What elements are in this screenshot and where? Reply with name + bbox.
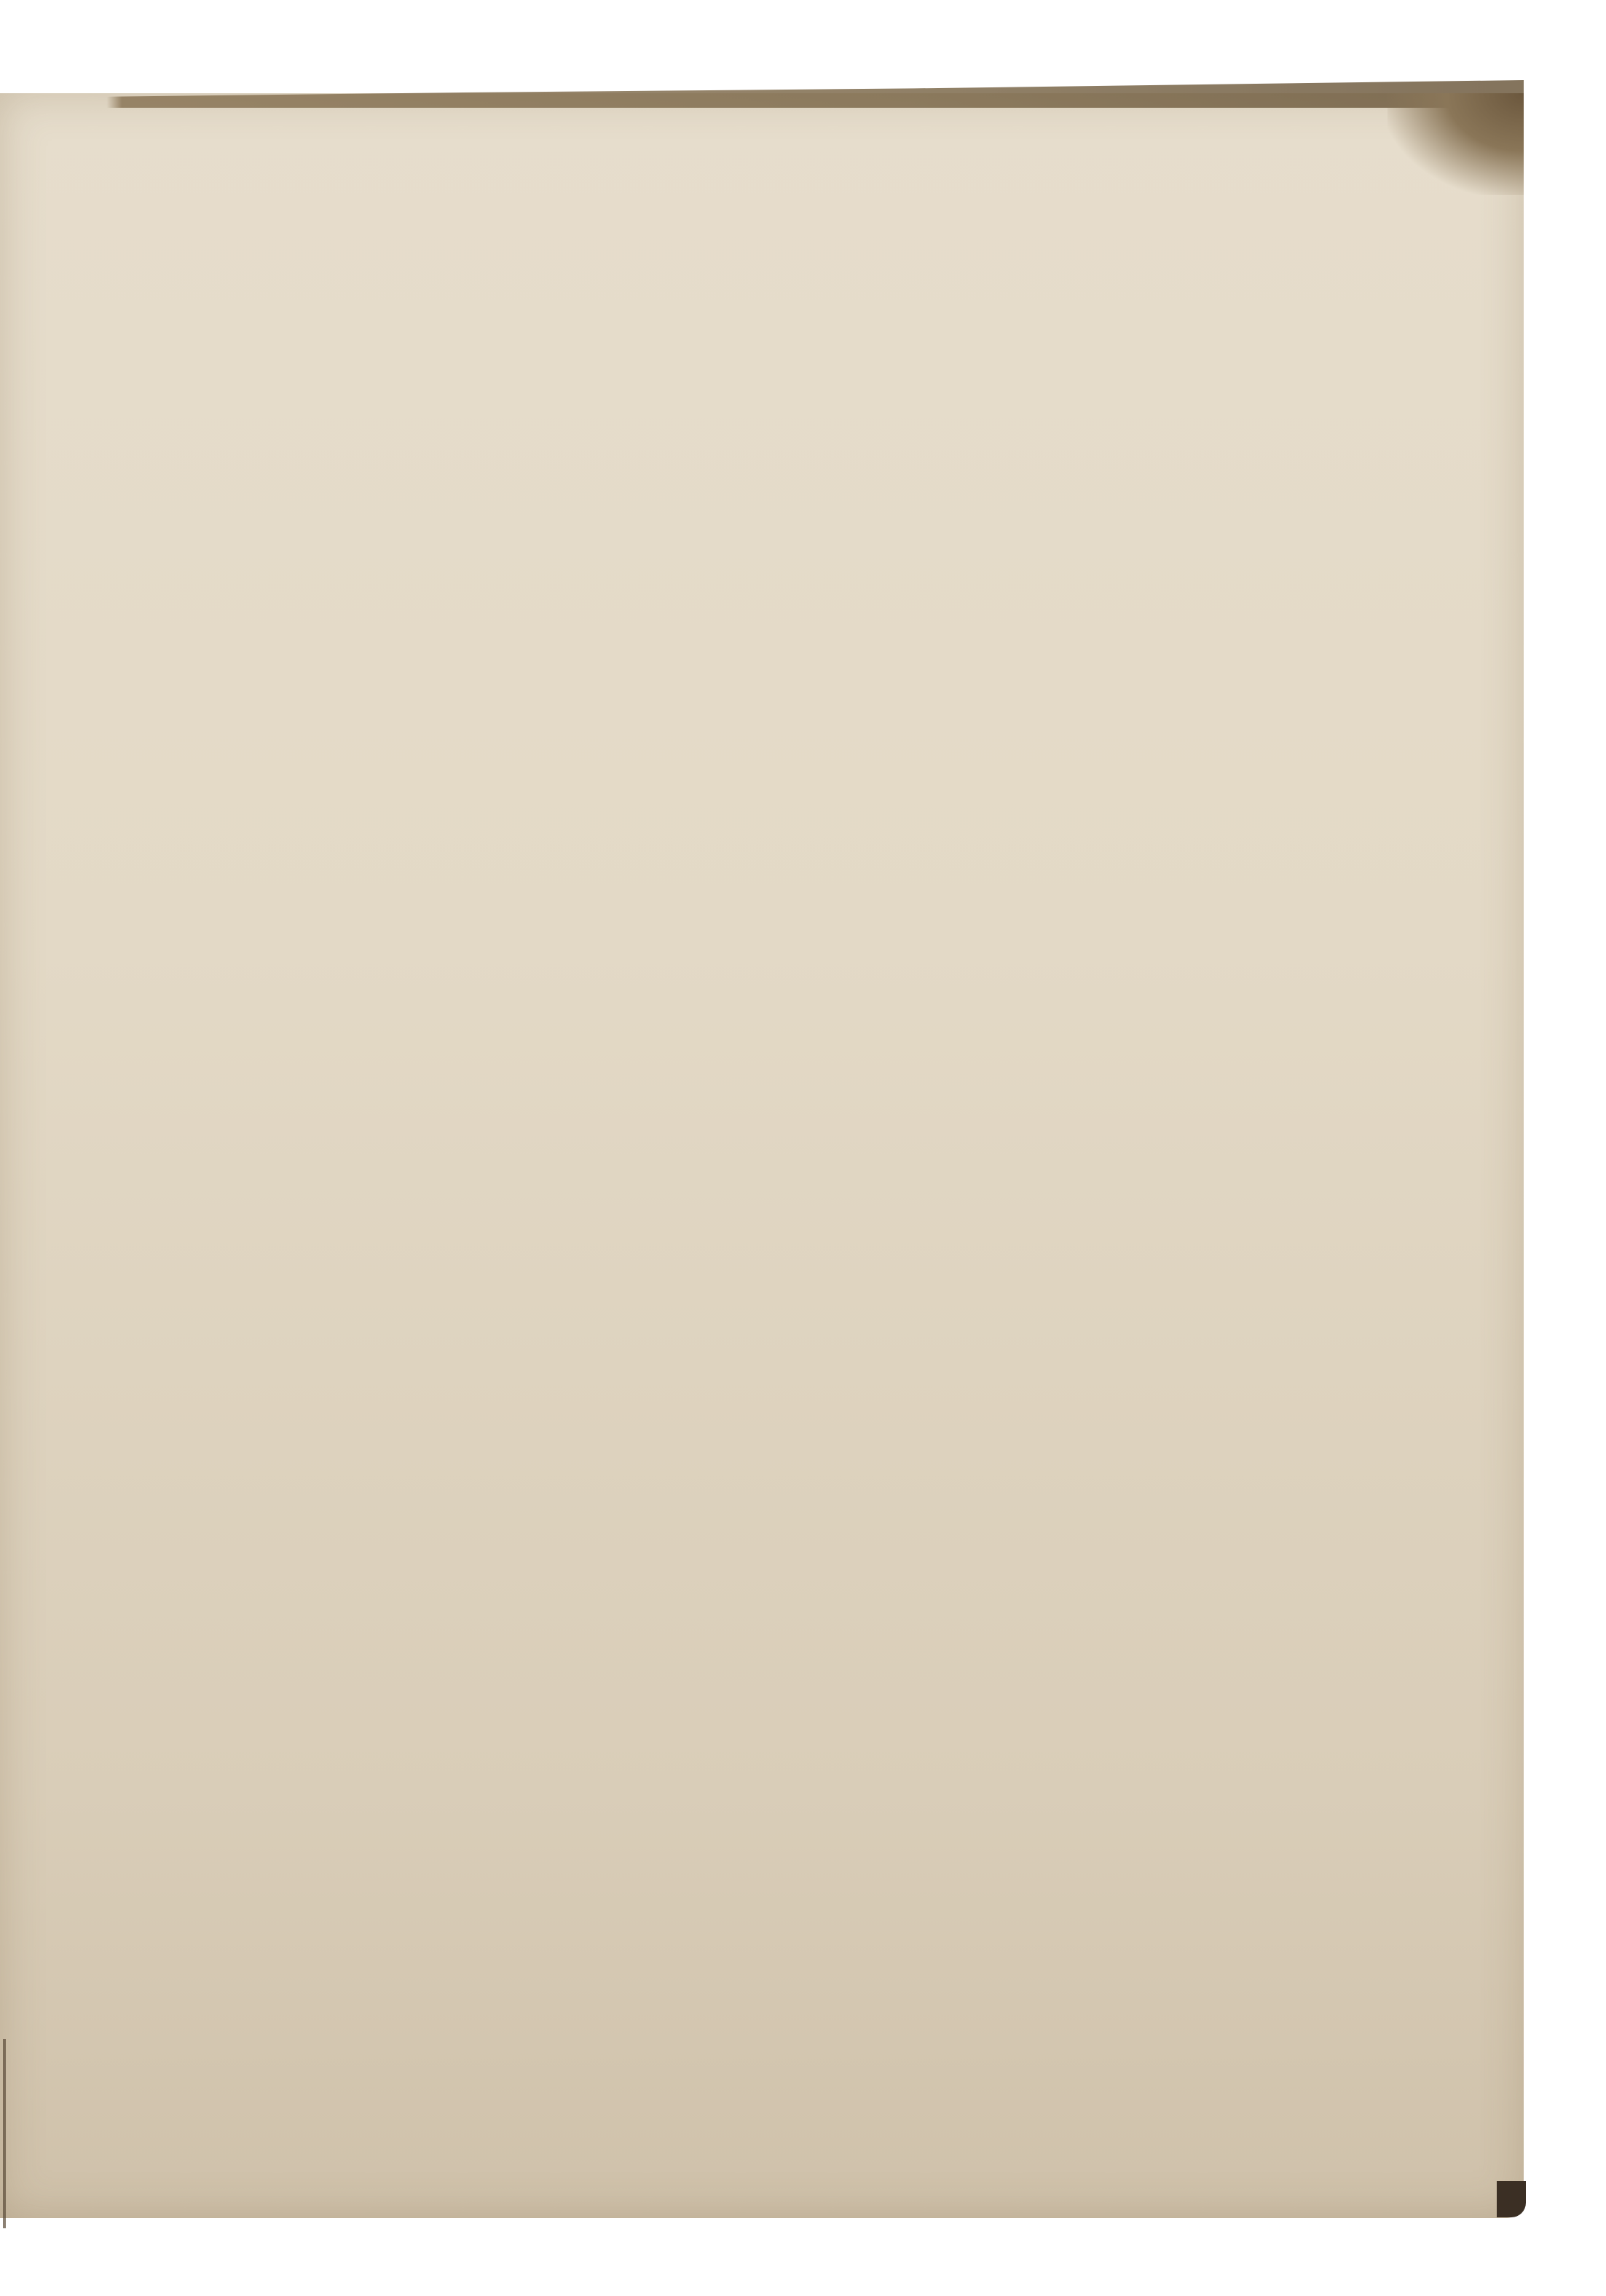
page-corner-stain — [1387, 93, 1524, 195]
book-page — [0, 93, 1524, 2218]
page-corner-shadow — [1497, 2181, 1526, 2217]
page-gutter-edge — [3, 2039, 6, 2228]
